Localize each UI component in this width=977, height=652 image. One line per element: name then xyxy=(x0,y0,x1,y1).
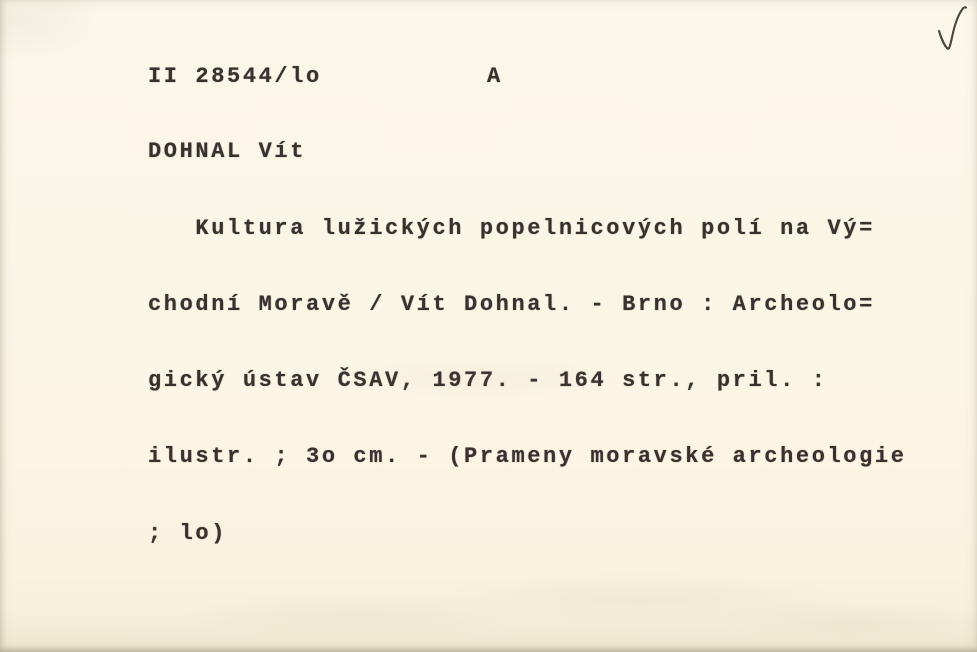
entry-line: ilustr. ; 3o cm. - (Prameny moravské arc… xyxy=(148,444,907,469)
entry-line: gický ústav ČSAV, 1977. - 164 str., pril… xyxy=(148,368,907,393)
entry-line: chodní Moravě / Vít Dohnal. - Brno : Arc… xyxy=(148,292,907,317)
bibliographic-entry: Kultura lužických popelnicových polí na … xyxy=(148,165,907,597)
entry-line: Kultura lužických popelnicových polí na … xyxy=(148,216,907,241)
call-number: II 28544/lo xyxy=(148,64,322,89)
catalog-card: II 28544/lo A DOHNAL Vít Kultura lužický… xyxy=(0,0,977,652)
handwritten-checkmark-icon xyxy=(926,2,977,74)
author-heading: DOHNAL Vít xyxy=(148,139,306,164)
classification-letter: A xyxy=(487,64,503,89)
entry-line: ; lo) xyxy=(148,521,907,546)
